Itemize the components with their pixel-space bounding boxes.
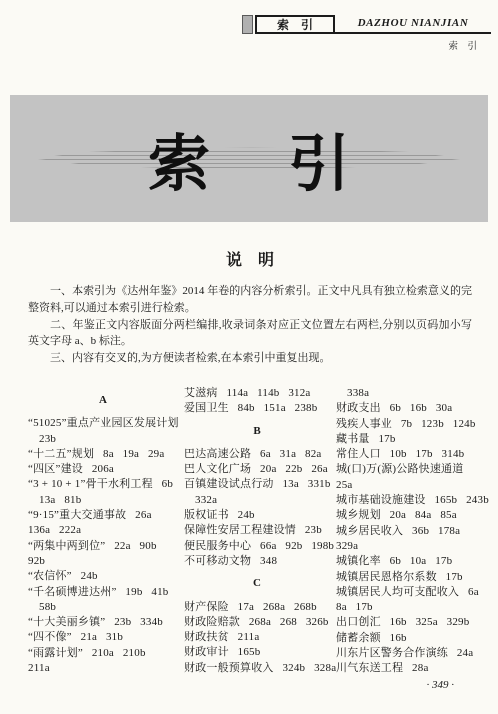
yearbook-index-page: 索 引 DAZHOU NIANJIAN 索 引 索 引 说 明 一、本索引为《达…: [0, 0, 498, 714]
index-line: 出口创汇 16b 325a 329b: [336, 615, 480, 630]
index-line: 川东片区警务合作演练 24a: [336, 646, 480, 661]
index-line: 338a: [336, 386, 480, 401]
index-line: 川气东送工程 28a: [336, 661, 480, 676]
index-column-2: 艾滋病 114a 114b 312a爱国卫生 84b 151a 238bB巴达高…: [178, 386, 330, 677]
index-line: 财政审计 165b: [184, 645, 330, 660]
explanation-paragraphs: 一、本索引为《达州年鉴》2014 年卷的内容分析索引。正文中凡具有独立检索意义的…: [28, 283, 472, 367]
index-line: 财政险赔款 268a 268 326b: [184, 615, 330, 630]
index-line: 58b: [28, 600, 178, 615]
index-line: 136a 222a: [28, 523, 178, 538]
note-paragraph: 二、年鉴正文内容版面分两栏编排,收录词条对应正文位置左右两栏,分别以页码加小写英…: [28, 317, 472, 351]
index-line: 财政支出 6b 16b 30a: [336, 401, 480, 416]
index-line: “十二五”规划 8a 19a 29a: [28, 447, 178, 462]
banner-title: 索 引: [10, 95, 488, 222]
index-line: “51025”重点产业园区发展计划: [28, 416, 178, 431]
index-line: 藏书量 17b: [336, 432, 480, 447]
index-line: “3 + 10 + 1”骨干水利工程 6b: [28, 477, 178, 492]
index-line: 保障性安居工程建设情 23b: [184, 523, 330, 538]
index-line: 巴达高速公路 6a 31a 82a: [184, 447, 330, 462]
index-line: “四不像” 21a 31b: [28, 630, 178, 645]
header-running-head: 索 引: [242, 34, 491, 52]
index-line: “农信怀” 24b: [28, 569, 178, 584]
index-line: “9·15”重大交通事故 26a: [28, 508, 178, 523]
note-paragraph: 一、本索引为《达州年鉴》2014 年卷的内容分析索引。正文中凡具有独立检索意义的…: [28, 283, 472, 317]
index-line: 财政扶贫 211a: [184, 630, 330, 645]
index-line: 23b: [28, 432, 178, 447]
index-line: 城镇化率 6b 10a 17b: [336, 554, 480, 569]
index-letter-heading: A: [28, 393, 178, 408]
index-line: 城镇居民恩格尔系数 17b: [336, 570, 480, 585]
index-line: 92b: [28, 554, 178, 569]
index-letter-heading: C: [184, 576, 330, 591]
index-line: 艾滋病 114a 114b 312a: [184, 386, 330, 401]
index-line: 财政一般预算收入 324b 328a: [184, 661, 330, 676]
index-line: 332a: [184, 493, 330, 508]
index-line: 城(口)万(源)公路快速通道: [336, 462, 480, 477]
index-line: 城镇居民人均可支配收入 6a: [336, 585, 480, 600]
index-line: 常住人口 10b 17b 314b: [336, 447, 480, 462]
index-line: 巴人文化广场 20a 22b 26a: [184, 462, 330, 477]
index-column-1: A“51025”重点产业园区发展计划23b“十二五”规划 8a 19a 29a“…: [28, 386, 178, 677]
banner-char-yin: 引: [288, 114, 350, 203]
page-number: · 349 ·: [427, 679, 455, 691]
index-line: “雨露计划” 210a 210b: [28, 646, 178, 661]
index-line: 211a: [28, 661, 178, 676]
banner-char-suo: 索: [148, 114, 210, 203]
index-letter-heading: B: [184, 424, 330, 439]
index-line: 8a 17b: [336, 600, 480, 615]
note-paragraph: 三、内容有交叉的,为方便读者检索,在本索引中重复出现。: [28, 350, 472, 367]
index-line: “十大美丽乡镇” 23b 334b: [28, 615, 178, 630]
index-line: 财产保险 17a 268a 268b: [184, 600, 330, 615]
index-line: 版权证书 24b: [184, 508, 330, 523]
explanation-title: 说 明: [28, 247, 472, 270]
index-line: 爱国卫生 84b 151a 238b: [184, 401, 330, 416]
index-line: 13a 81b: [28, 493, 178, 508]
index-line: 便民服务中心 66a 92b 198b: [184, 539, 330, 554]
index-line: 329a: [336, 539, 480, 554]
index-line: 25a: [336, 478, 480, 493]
page-header: 索 引 DAZHOU NIANJIAN 索 引: [242, 15, 491, 52]
index-line: 残疾人事业 7b 123b 124b: [336, 417, 480, 432]
index-column-3: 338a财政支出 6b 16b 30a残疾人事业 7b 123b 124b藏书量…: [330, 386, 480, 677]
header-journal-title: DAZHOU NIANJIAN: [335, 15, 491, 34]
header-corner-square: [242, 15, 253, 34]
header-section-tab: 索 引: [255, 15, 335, 34]
explanation-section: 说 明 一、本索引为《达州年鉴》2014 年卷的内容分析索引。正文中凡具有独立检…: [28, 247, 472, 367]
index-line: “千名硕博进达州” 19b 41b: [28, 585, 178, 600]
index-line: 不可移动文物 348: [184, 554, 330, 569]
index-line: 城市基础设施建设 165b 243b: [336, 493, 480, 508]
index-line: 城乡规划 20a 84a 85a: [336, 508, 480, 523]
index-line: “四区”建设 206a: [28, 462, 178, 477]
index-title-banner: 索 引: [10, 95, 488, 222]
index-line: “两集中两到位” 22a 90b: [28, 539, 178, 554]
index-line: 储蓄余额 16b: [336, 631, 480, 646]
index-line: 百镇建设试点行动 13a 331b: [184, 477, 330, 492]
index-listing: A“51025”重点产业园区发展计划23b“十二五”规划 8a 19a 29a“…: [28, 386, 480, 677]
index-line: 城乡居民收入 36b 178a: [336, 524, 480, 539]
